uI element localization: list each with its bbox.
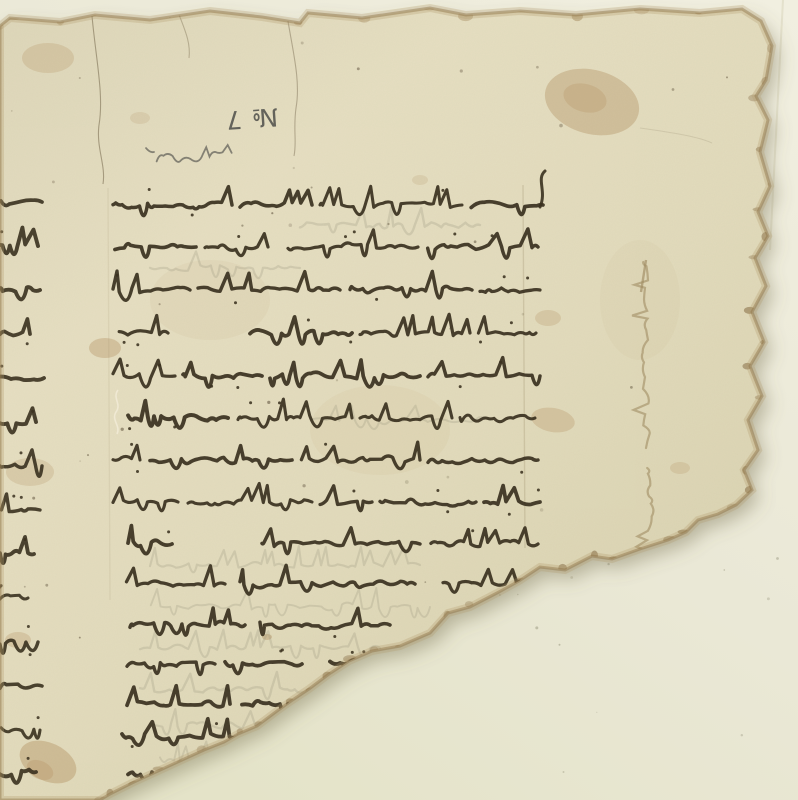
diacritic-dot [508, 513, 511, 516]
speck [559, 124, 563, 128]
dust-speck [559, 644, 561, 646]
speck [79, 460, 80, 461]
speck [474, 240, 477, 243]
diacritic-dot [31, 410, 34, 413]
diacritic-dot [537, 489, 540, 492]
stain [670, 462, 690, 474]
diacritic-dot [37, 716, 40, 719]
diacritic-dot [459, 385, 462, 388]
diacritic-dot [20, 496, 23, 499]
diacritic-dot [353, 230, 356, 233]
diacritic-dot [236, 386, 239, 389]
speck [32, 497, 35, 500]
speck [672, 88, 675, 91]
diacritic-dot [278, 401, 281, 404]
speck [449, 328, 451, 330]
dust-speck [741, 734, 743, 736]
diacritic-dot [27, 757, 30, 760]
speck [267, 401, 270, 404]
diacritic-dot [24, 538, 27, 541]
speck [79, 77, 81, 79]
speck [336, 379, 338, 381]
diacritic-dot [441, 189, 444, 192]
diacritic-dot [344, 235, 347, 238]
diacritic-dot [136, 343, 139, 346]
speck [24, 586, 26, 588]
stain [535, 310, 561, 326]
diacritic-dot [333, 635, 336, 638]
diacritic-dot [436, 489, 439, 492]
diacritic-dot [128, 427, 131, 430]
speck [460, 69, 463, 72]
speck [387, 223, 389, 225]
speck [630, 386, 633, 389]
diacritic-dot [123, 341, 126, 344]
stain [600, 240, 680, 360]
diacritic-dot [471, 529, 474, 532]
speck [301, 42, 304, 45]
dust-speck [723, 569, 725, 571]
diacritic-dot [136, 470, 139, 473]
speck [121, 428, 124, 431]
speck [447, 476, 450, 479]
dust-speck [563, 771, 565, 773]
diacritic-dot [249, 401, 252, 404]
diacritic-dot [479, 341, 482, 344]
diacritic-dot [234, 301, 237, 304]
dust-speck [517, 594, 518, 595]
stain [22, 43, 74, 73]
dust-speck [535, 626, 538, 629]
dust-speck [596, 712, 597, 713]
speck [302, 484, 305, 487]
speck [159, 303, 161, 305]
speck [540, 508, 544, 512]
speck [271, 212, 273, 214]
stain [150, 260, 270, 340]
diacritic-dot [191, 214, 194, 217]
dust-speck [570, 576, 573, 579]
speck [52, 180, 55, 183]
speck [726, 76, 728, 78]
dust-speck [776, 557, 779, 560]
diacritic-dot [148, 188, 151, 191]
diacritic-dot [307, 319, 310, 322]
diacritic-dot [453, 233, 456, 236]
speck [241, 224, 243, 226]
diacritic-dot [279, 650, 282, 653]
diacritic-dot [446, 510, 449, 513]
diacritic-dot [29, 653, 32, 656]
stain [89, 338, 121, 358]
diacritic-dot [130, 443, 133, 446]
dust-speck [767, 597, 770, 600]
speck [242, 288, 243, 289]
diacritic-dot [210, 385, 213, 388]
diacritic-dot [27, 625, 30, 628]
diacritic-dot [173, 426, 176, 429]
pencil-shelfmark-number: № 7 [224, 102, 279, 135]
diacritic-dot [215, 722, 218, 725]
speck [405, 480, 409, 484]
speck [293, 167, 295, 169]
speck [289, 223, 293, 227]
speck [536, 66, 539, 69]
speck [357, 67, 360, 70]
diacritic-dot [375, 298, 378, 301]
diacritic-dot [526, 277, 529, 280]
speck [45, 584, 48, 587]
dust-speck [607, 563, 609, 565]
stain [130, 112, 150, 124]
speck [424, 581, 426, 583]
speck [311, 186, 313, 188]
stain [412, 175, 428, 185]
diacritic-dot [520, 471, 523, 474]
diacritic-dot [126, 364, 129, 367]
diacritic-dot [503, 275, 506, 278]
manuscript-photograph: № 7 [0, 0, 798, 800]
diacritic-dot [499, 361, 502, 364]
diacritic-dot [20, 451, 23, 454]
diacritic-dot [349, 341, 352, 344]
diacritic-dot [351, 651, 354, 654]
diacritic-dot [26, 342, 29, 345]
diacritic-dot [352, 490, 355, 493]
diacritic-dot [12, 495, 15, 498]
manuscript-photo-svg: № 7 [0, 0, 798, 800]
diacritic-dot [116, 274, 119, 277]
diacritic-dot [158, 364, 161, 367]
diacritic-dot [237, 235, 240, 238]
speck [522, 313, 525, 316]
speck [11, 110, 13, 112]
diacritic-dot [131, 745, 134, 748]
diacritic-dot [324, 443, 327, 446]
diacritic-dot [491, 234, 494, 237]
stain [6, 458, 54, 486]
diacritic-dot [510, 321, 513, 324]
speck [79, 637, 81, 639]
speck [87, 454, 89, 456]
diacritic-dot [167, 530, 170, 533]
